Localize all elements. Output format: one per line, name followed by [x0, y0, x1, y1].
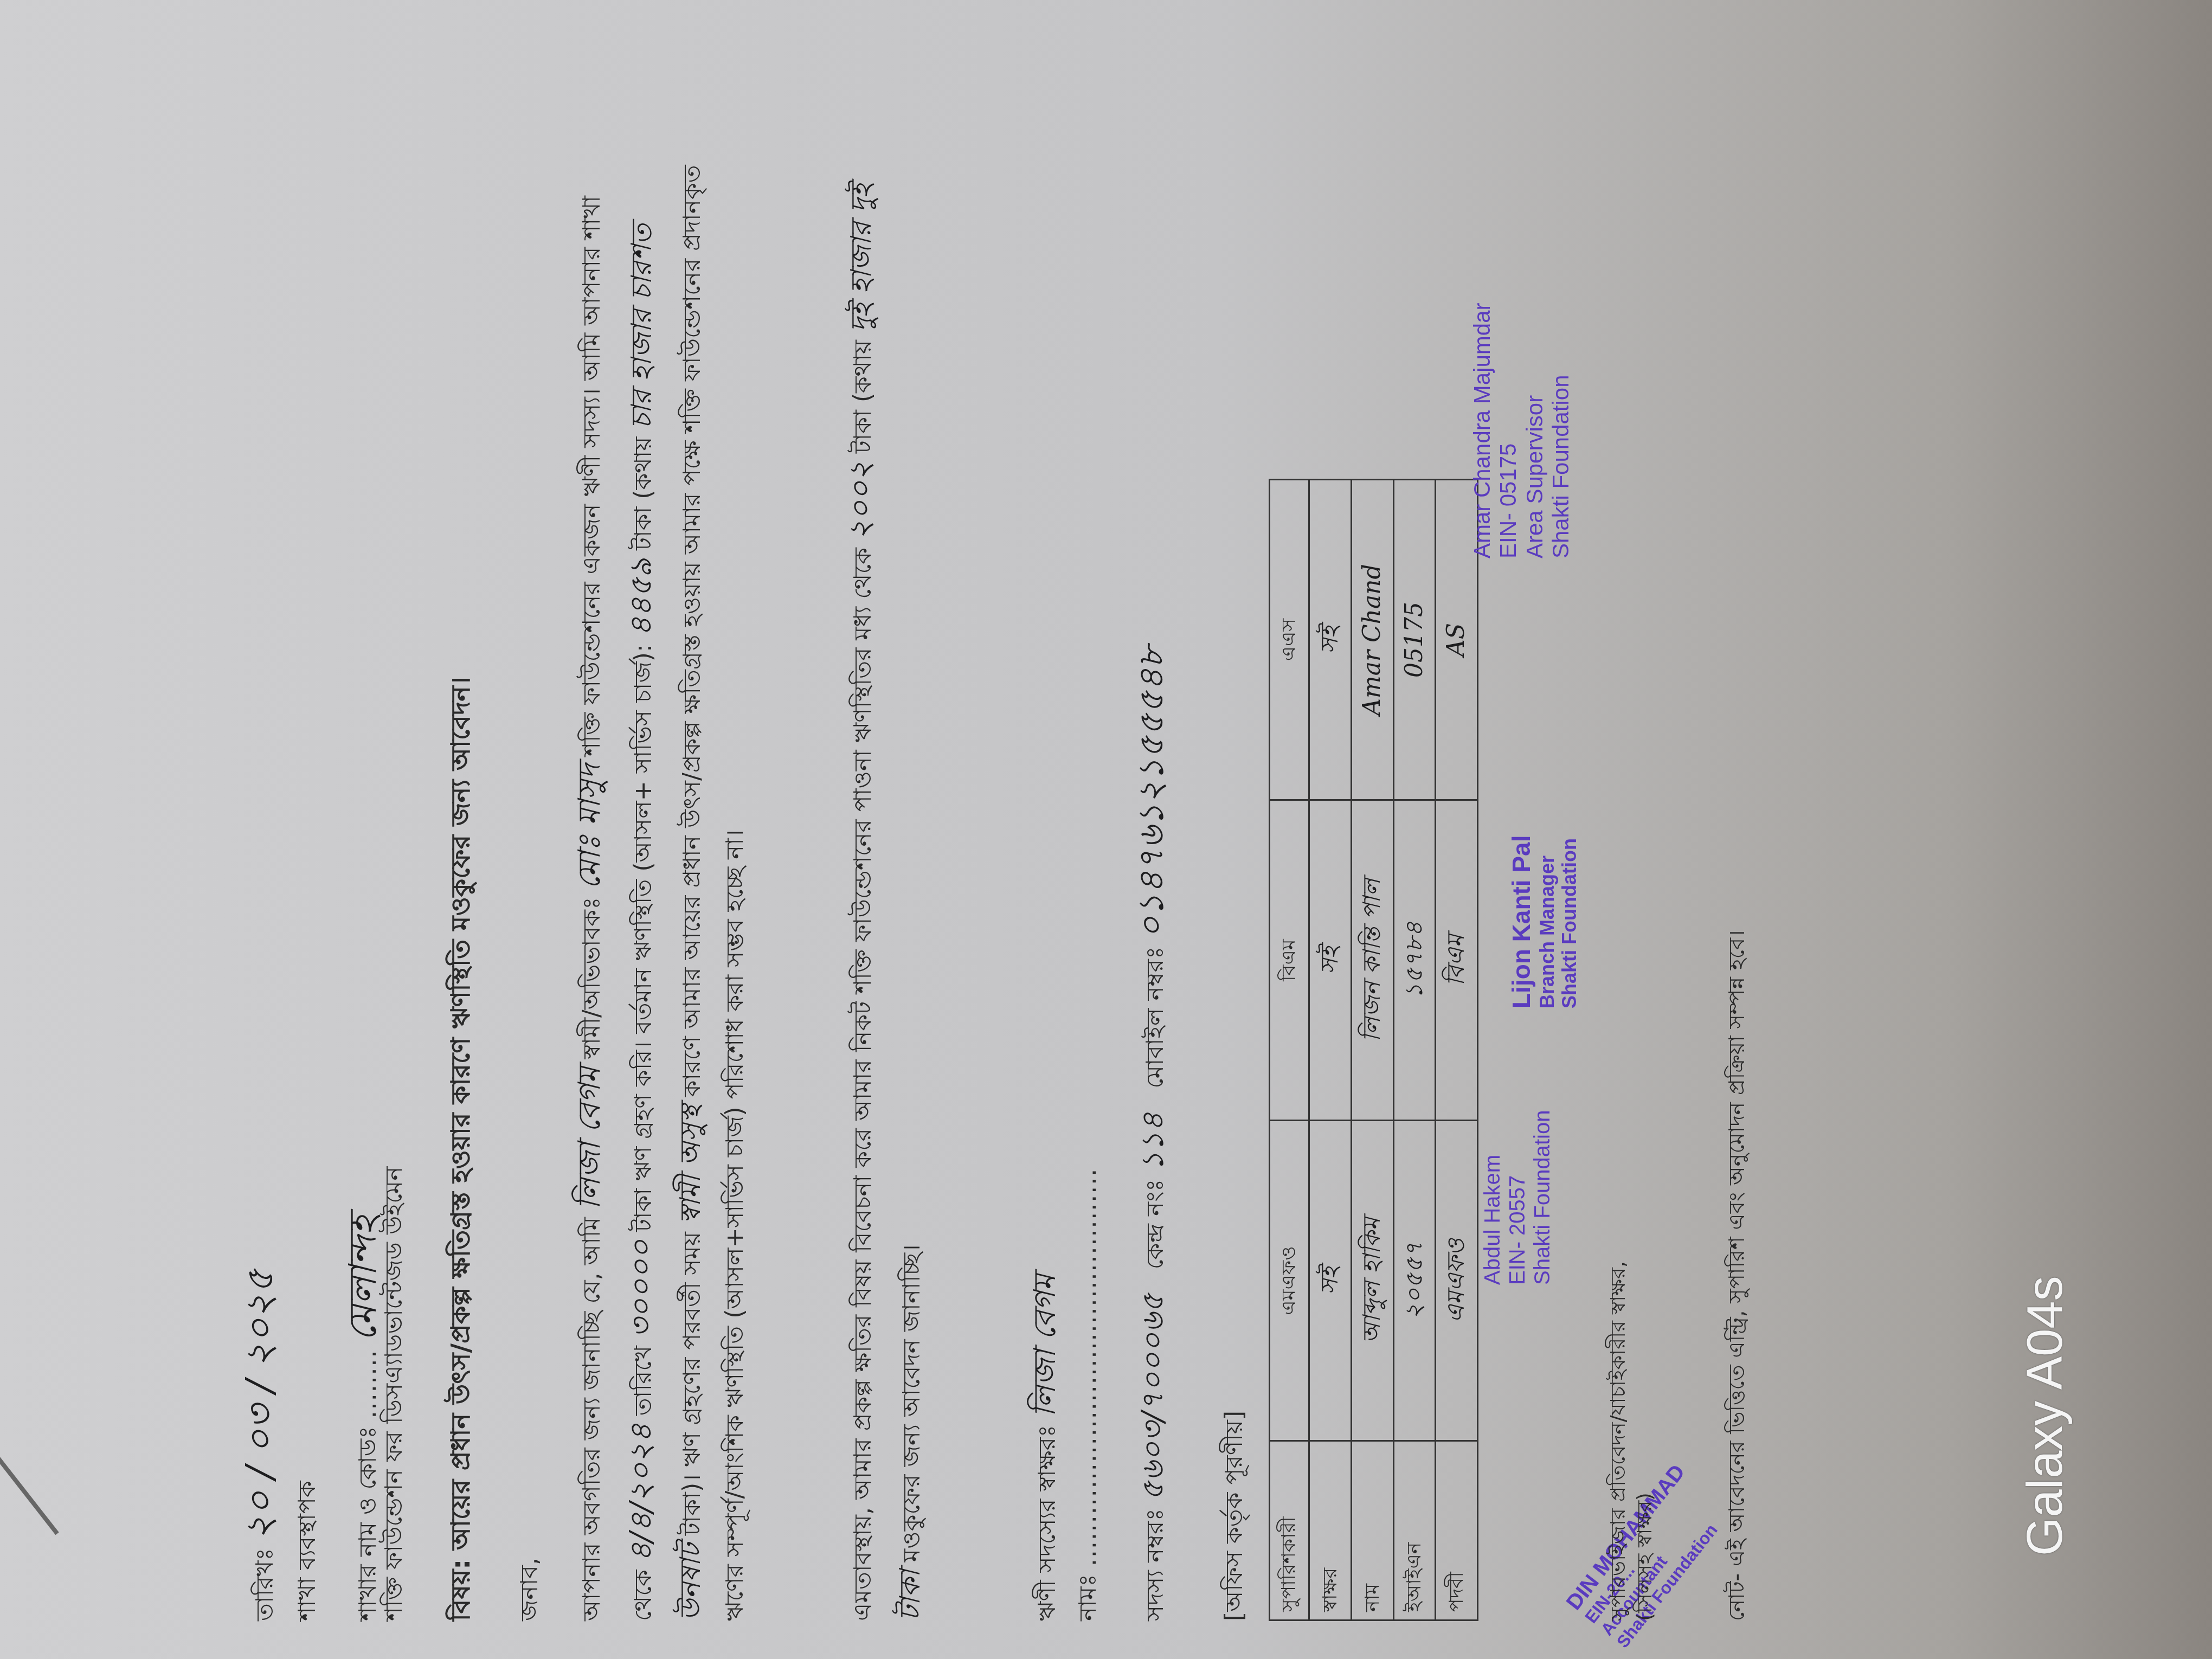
- photo-background: তারিখঃ ২০ / ০৩ / ২০২৫ শাখা ব্যবস্থাপক শা…: [0, 0, 2212, 1659]
- center-number-value: ১১৪: [1135, 1112, 1171, 1171]
- stamp-area-supervisor: Amar Chandra Majumdar EIN- 05175 Area Su…: [1469, 303, 1574, 558]
- waiver-amount-field: ২০০২: [843, 461, 878, 540]
- addressee-title: শাখা ব্যবস্থাপক: [287, 1481, 328, 1621]
- table-row: পদবী এমএফও বিএম AS: [1436, 480, 1478, 1621]
- member-number-line: সদস্য নম্বরঃ ৫৬০৩/৭০০০৬৫ কেন্দ্র নংঃ ১১৪…: [1122, 646, 1181, 1621]
- as-signature: সই: [1309, 480, 1352, 800]
- stamp-branch-manager: Lijon Kanti Pal Branch Manager Shakti Fo…: [1507, 835, 1581, 1008]
- footer-note: নোট- এই আবেদনের ভিত্তিতে এন্ট্রি, সুপারি…: [1719, 930, 1756, 1621]
- paragraph-2: এমতাবস্থায়, আমার প্রকল্প ক্ষতির বিষয় ব…: [835, 157, 935, 1621]
- subject-line: বিষয়: আয়ের প্রধান উৎস/প্রকল্প ক্ষতিগ্র…: [439, 677, 484, 1621]
- mfo-signature: সই: [1309, 1121, 1352, 1441]
- stray-mark: [0, 1447, 59, 1535]
- organization-line: শক্তি ফাউন্ডেশন ফর ডিসএ্যাডভান্টেজড উইমে…: [374, 1166, 415, 1621]
- date-line: তারিখঃ ২০ / ০৩ / ২০২৫: [228, 1269, 292, 1621]
- camera-watermark: Galaxy A04s: [2017, 1276, 2074, 1556]
- mobile-number-value: ০১৪৭৬১২১৫৫৫৪৮: [1131, 646, 1172, 938]
- outstanding-field: ৪৪৫৯: [623, 558, 659, 636]
- member-signature-line: ঋণী সদস্যের স্বাক্ষরঃ লিজা বেগম: [1019, 1274, 1071, 1621]
- member-signature: লিজা বেগম: [1027, 1274, 1063, 1417]
- stamp-mfo: Abdul Hakem EIN- 20557 Shakti Foundation: [1480, 1110, 1555, 1285]
- bm-signature: সই: [1309, 800, 1352, 1121]
- loan-date-field: ৪/৪/২০২৪: [623, 1423, 659, 1562]
- verification-block: সুপারভাইজার প্রতিবেদন/যাচাইকারীর স্বাক্ষ…: [1605, 1261, 1658, 1621]
- table-row: স্বাক্ষর সই সই সই: [1309, 480, 1352, 1621]
- loan-waiver-application-form: তারিখঃ ২০ / ০৩ / ২০২৫ শাখা ব্যবস্থাপক শা…: [206, 49, 1995, 1621]
- member-name-field: লিজা বেগম: [572, 1067, 607, 1210]
- salutation: জনাব,: [510, 1558, 550, 1621]
- paragraph-1: আপনার অবগতির জন্য জানাচ্ছি যে, আমি লিজা …: [564, 157, 756, 1621]
- office-use-label: [অফিস কর্তৃক পূরণীয়]: [1214, 1411, 1255, 1621]
- recommendation-table: সুপারিশকারী এমএফও বিএম এএস স্বাক্ষর সই স…: [1269, 479, 1478, 1621]
- date-value: ২০ / ০৩ / ২০২৫: [237, 1269, 282, 1540]
- table-row: ইআইএন ২০৫৫৭ ১৫৭৮৪ 05175: [1393, 480, 1436, 1621]
- date-label: তারিখঃ: [251, 1548, 279, 1621]
- guardian-name-field: মোঃ মাসুদ: [572, 764, 607, 889]
- table-row: নাম আব্দুল হাকিম লিজন কান্তি পাল Amar Ch…: [1351, 480, 1393, 1621]
- member-number-value: ৫৬০৩/৭০০০৬৫: [1135, 1293, 1171, 1501]
- loan-amount-field: ৩০০০০: [623, 1239, 659, 1338]
- reason-field: স্বামী অসুস্থ: [674, 1104, 707, 1224]
- name-line: নামঃ ...................................…: [1068, 1168, 1109, 1621]
- table-row: সুপারিশকারী এমএফও বিএম এএস: [1270, 480, 1309, 1621]
